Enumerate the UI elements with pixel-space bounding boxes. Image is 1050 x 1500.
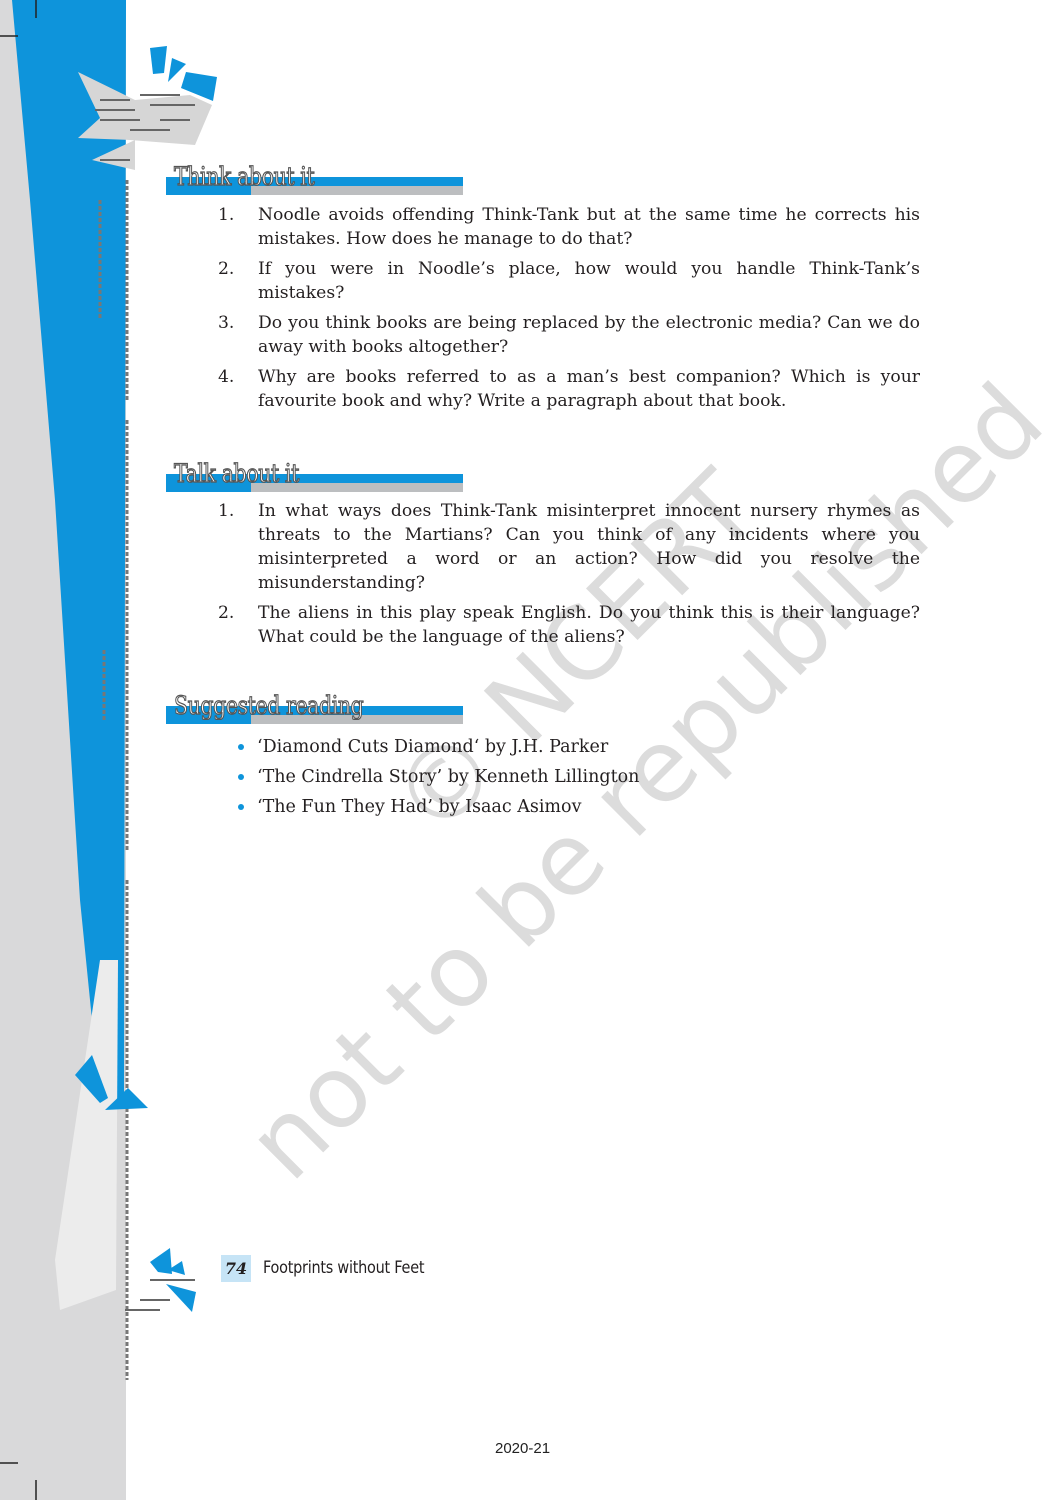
question-item: 1.Noodle avoids offending Think-Tank but… <box>218 203 920 251</box>
section-title: Suggested reading <box>174 691 363 720</box>
bullet-icon <box>238 744 244 750</box>
reading-item: ‘The Cindrella Story’ by Kenneth Lilling… <box>238 762 639 792</box>
section-title: Talk about it <box>174 459 299 488</box>
splash-icon-top <box>78 46 217 170</box>
question-item: 2.If you were in Noodle’s place, how wou… <box>218 257 920 305</box>
reading-item: ‘Diamond Cuts Diamond‘ by J.H. Parker <box>238 732 639 762</box>
section-header-think: Think about it <box>166 177 463 197</box>
suggested-reading-list: ‘Diamond Cuts Diamond‘ by J.H. Parker ‘T… <box>238 732 639 822</box>
book-title: Footprints without Feet <box>263 1255 424 1282</box>
bullet-icon <box>238 774 244 780</box>
question-item: 3.Do you think books are being replaced … <box>218 311 920 359</box>
section-header-suggested: Suggested reading <box>166 706 463 726</box>
section-header-talk: Talk about it <box>166 474 463 494</box>
page-number: 74 <box>221 1255 251 1282</box>
reading-item: ‘The Fun They Had’ by Isaac Asimov <box>238 792 639 822</box>
question-item: 2.The aliens in this play speak English.… <box>218 601 920 649</box>
bullet-icon <box>238 804 244 810</box>
talk-questions: 1.In what ways does Think-Tank misinterp… <box>218 499 920 655</box>
splash-icon-bottom <box>125 1248 196 1312</box>
question-item: 4.Why are books referred to as a man’s b… <box>218 365 920 413</box>
section-title: Think about it <box>174 162 314 191</box>
think-questions: 1.Noodle avoids offending Think-Tank but… <box>218 203 920 419</box>
question-item: 1.In what ways does Think-Tank misinterp… <box>218 499 920 595</box>
edition-year: 2020-21 <box>495 1440 550 1457</box>
